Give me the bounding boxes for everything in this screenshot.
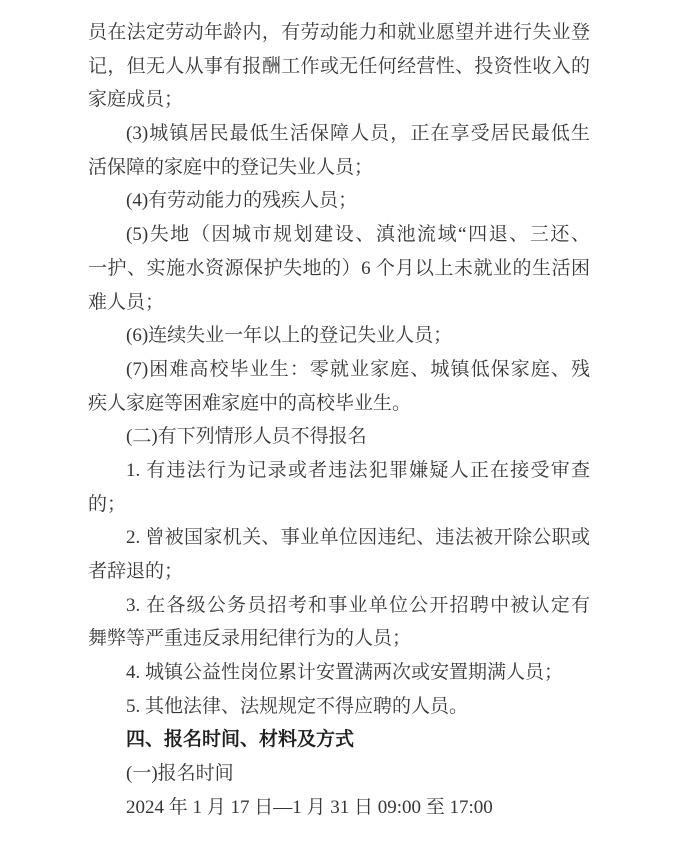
text-line: 者辞退的；	[88, 555, 590, 589]
text-line: 记，但无人从事有报酬工作或无任何经营性、投资性收入的	[88, 50, 590, 84]
subsection-heading-2: (二)有下列情形人员不得报名	[88, 420, 590, 454]
document-page: 员在法定劳动年龄内，有劳动能力和就业愿望并进行失业登 记，但无人从事有报酬工作或…	[88, 16, 590, 825]
section-heading-4: 四、报名时间、材料及方式	[88, 723, 590, 757]
text-line: 舞弊等严重违反录用纪律行为的人员；	[88, 622, 590, 656]
text-line: 一护、实施水资源保护失地的）6 个月以上未就业的生活困	[88, 252, 590, 286]
subsection-heading-1: (一)报名时间	[88, 757, 590, 791]
list-item-3: (3)城镇居民最低生活保障人员，正在享受居民最低生	[88, 117, 590, 151]
text-line: 难人员；	[88, 286, 590, 320]
numbered-item-3: 3. 在各级公务员招考和事业单位公开招聘中被认定有	[88, 589, 590, 623]
list-item-6: (6)连续失业一年以上的登记失业人员；	[88, 319, 590, 353]
text-line: 员在法定劳动年龄内，有劳动能力和就业愿望并进行失业登	[88, 16, 590, 50]
numbered-item-4: 4. 城镇公益性岗位累计安置满两次或安置期满人员；	[88, 656, 590, 690]
text-line: 活保障的家庭中的登记失业人员；	[88, 151, 590, 185]
list-item-4: (4)有劳动能力的残疾人员；	[88, 184, 590, 218]
registration-period-line: 2024 年 1 月 17 日—1 月 31 日 09:00 至 17:00	[88, 791, 590, 825]
text-line: 家庭成员；	[88, 83, 590, 117]
text-line: 的；	[88, 488, 590, 522]
numbered-item-5: 5. 其他法律、法规规定不得应聘的人员。	[88, 690, 590, 724]
numbered-item-2: 2. 曾被国家机关、事业单位因违纪、违法被开除公职或	[88, 521, 590, 555]
list-item-5: (5)失地（因城市规划建设、滇池流域“四退、三还、	[88, 218, 590, 252]
list-item-7: (7)困难高校毕业生：零就业家庭、城镇低保家庭、残	[88, 353, 590, 387]
text-line: 疾人家庭等困难家庭中的高校毕业生。	[88, 387, 590, 421]
numbered-item-1: 1. 有违法行为记录或者违法犯罪嫌疑人正在接受审查	[88, 454, 590, 488]
